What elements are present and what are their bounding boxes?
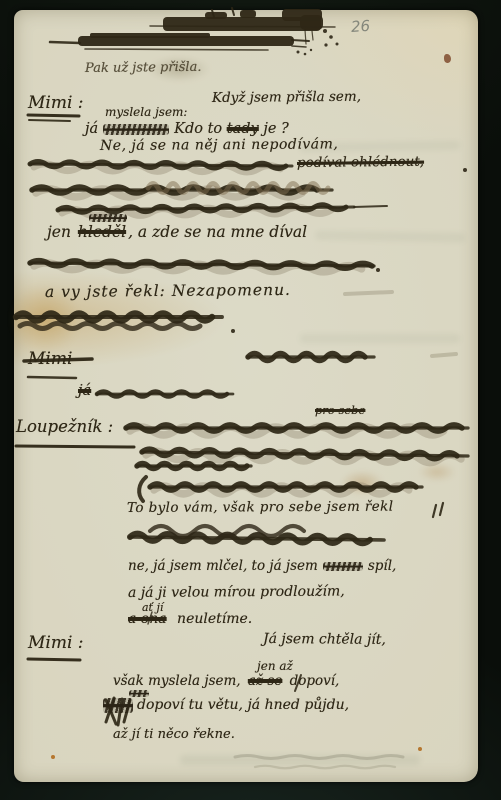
ink-blot-overwritten-word [103, 698, 133, 713]
line-nepodivam: Ne, já se na něj ani nepodívám, [100, 136, 338, 154]
speaker-mimi-1: Mimi : [28, 93, 84, 113]
line-dopovi: však myslela jsem, až se dopoví, [113, 673, 339, 689]
line-zde-se-na-mne-dival: jen hleděl, a zde se na mne díval [47, 223, 307, 241]
line-prodlouzim: a já ji velou mírou prodloužím, [128, 583, 345, 601]
dialogue-mimi-3: Já jsem chtěla jít, [263, 631, 386, 648]
struck-line-tail: podíval ohlédnout, [297, 154, 424, 171]
scribbled-words [103, 124, 169, 135]
line-neco-rekne: až jí ti něco řekne. [113, 727, 235, 742]
line-neuletime: a ona neuletíme. [128, 611, 252, 627]
word-kdo-to: Kdo to [174, 121, 222, 137]
struck-word-tady: tady [227, 121, 259, 137]
struck-word-ja: já [78, 383, 91, 399]
struck-word-hledel: hleděl [78, 223, 126, 241]
dialogue-mimi-1: Když jsem přišla sem, [212, 89, 361, 106]
line-nezapomenu: a vy jste řekl: Nezapomenu. [45, 281, 291, 301]
insertion-pro-sebe-struck: pro sebe [315, 403, 365, 417]
line-to-bylo-vam: To bylo vám, však pro sebe jsem řekl [127, 499, 393, 516]
line-kdo-to-je: jáKdo to tady je ? [85, 121, 289, 137]
line-ja-struck: já [78, 383, 91, 399]
line-ja-jsem-mlcel: ne, já jsem mlčel, to já jsemspíl, [128, 558, 396, 574]
small-insert-blot [129, 690, 149, 697]
struck-word-a-ona: a ona [128, 611, 167, 627]
insertion-myslela-jsem: myslela jsem: [105, 105, 187, 119]
word-jen: jen [47, 223, 71, 241]
line-tu-vetu: dopoví tu větu, já hned půjdu, [103, 697, 349, 713]
line-head: však myslela jsem, [113, 673, 241, 689]
word-spil: spíl, [368, 558, 397, 574]
word-je: je ? [263, 121, 288, 137]
struck-word-az-se: až se [248, 673, 282, 689]
word-dopovi: dopoví, [290, 673, 340, 689]
line-opening: Pak už jste přišla. [85, 60, 202, 76]
small-ink-blot [89, 214, 127, 222]
insertion-jen-az: jen až [257, 659, 293, 673]
scribbled-word [323, 562, 363, 571]
page-number: 26 [350, 17, 370, 36]
line-head: ne, já jsem mlčel, to já jsem [128, 558, 318, 574]
speaker-mimi-3: Mimi : [28, 633, 84, 653]
speaker-loupeznik: Loupežník : [16, 417, 113, 436]
word-ja: já [85, 121, 98, 137]
line-rest: , a zde se na mne díval [128, 223, 307, 241]
speaker-mimi-2-struck: Mimi [28, 349, 72, 369]
manuscript-photo: 26 Pak už jste přišla. Mimi : Když jsem … [0, 0, 501, 800]
word-neuletime: neuletíme. [177, 611, 252, 627]
line-text: dopoví tu větu, já hned půjdu, [137, 697, 349, 713]
